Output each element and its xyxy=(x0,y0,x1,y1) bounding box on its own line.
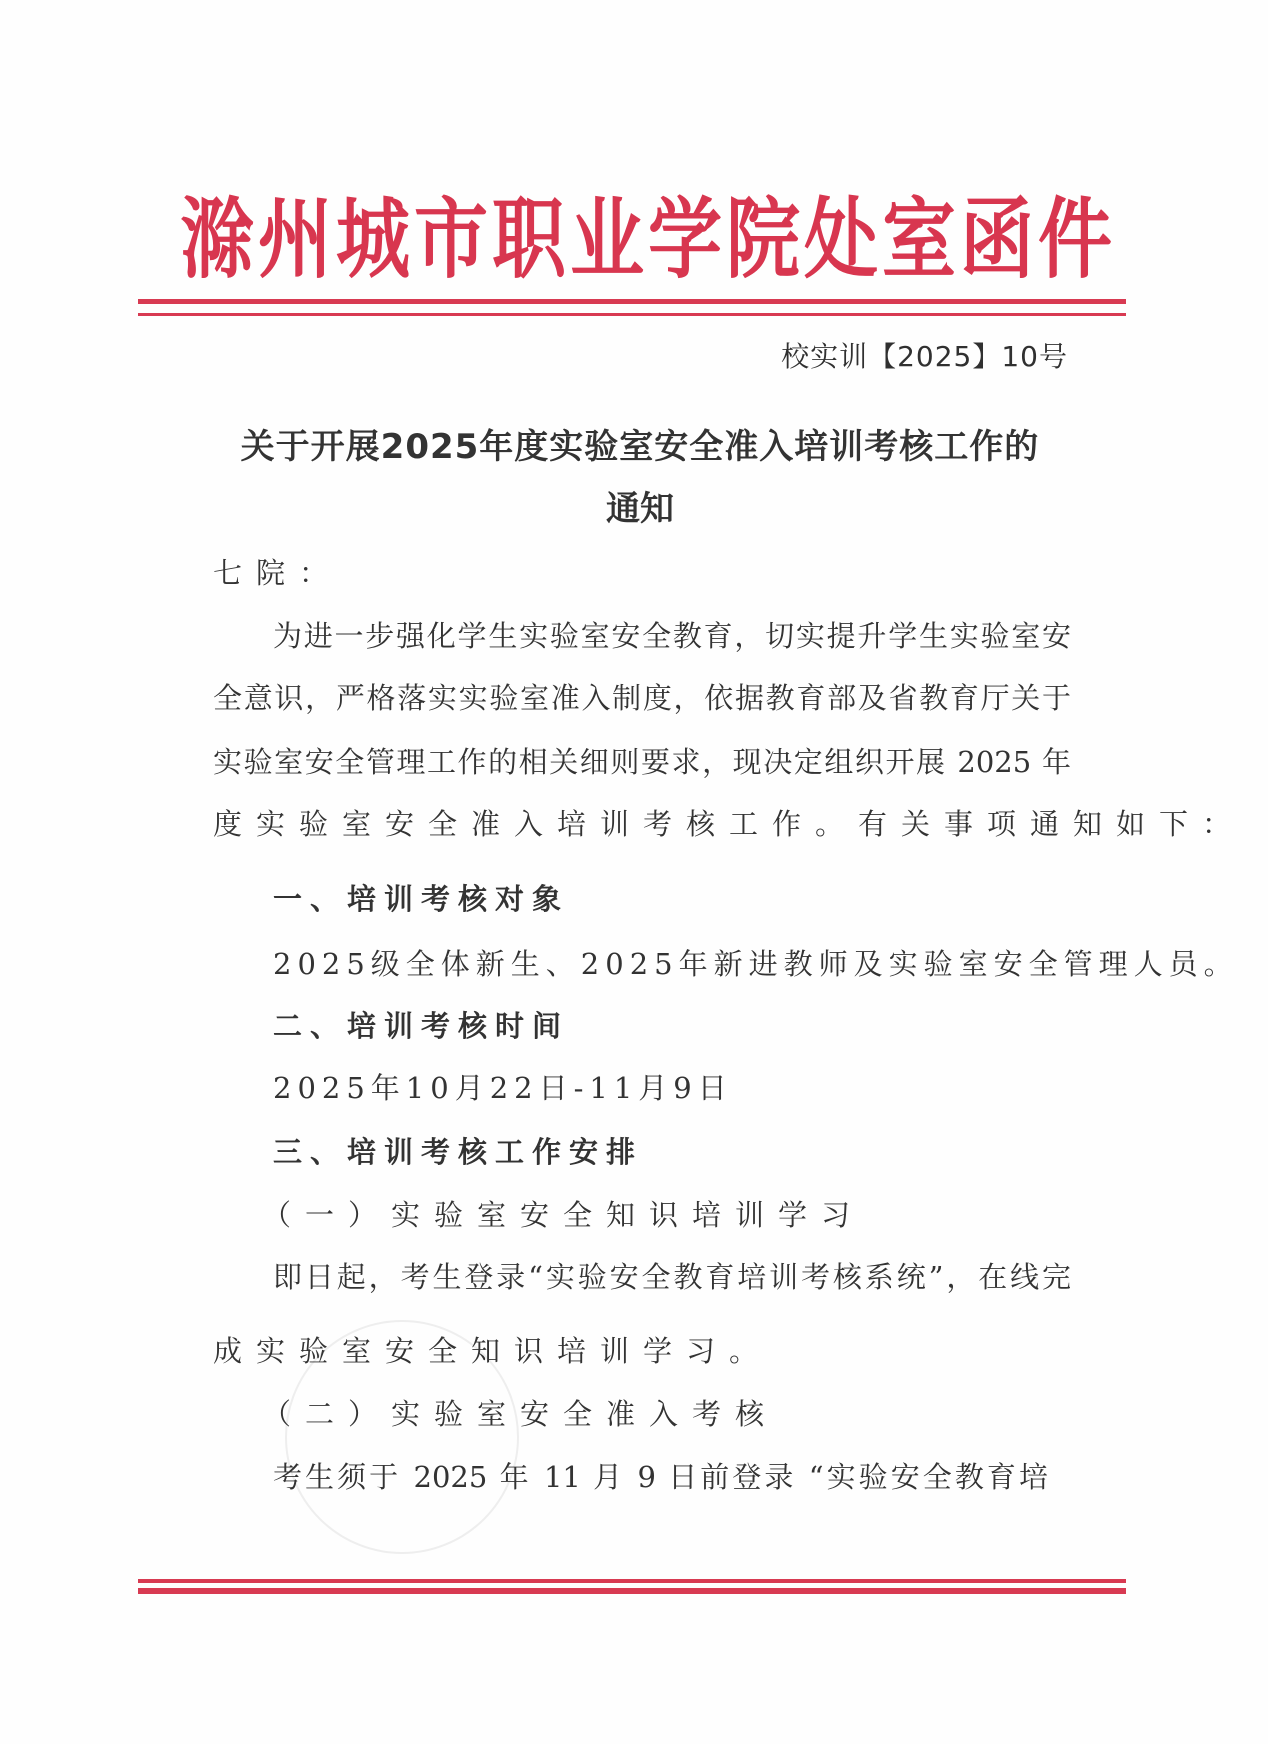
subsection-1-line-1: 即日起，考生登录“实验安全教育培训考核系统”，在线完 xyxy=(273,1255,1071,1299)
document-number: 校实训【2025】10号 xyxy=(781,340,1068,374)
subsection-2-heading: （二）实验室安全准入考核 xyxy=(262,1392,1060,1436)
notice-title-line-1: 关于开展2025年度实验室安全准入培训考核工作的 xyxy=(215,425,1065,469)
section-2-text: 2025年10月22日-11月9日 xyxy=(273,1066,1071,1110)
footer-rule-thick xyxy=(138,1588,1126,1594)
footer-rule-thin xyxy=(138,1579,1126,1583)
document-page: 滁州城市职业学院处室函件 校实训【2025】10号 关于开展2025年度实验室安… xyxy=(0,0,1268,1744)
header-rule-thick xyxy=(138,299,1126,304)
intro-line-3: 实验室安全管理工作的相关细则要求，现决定组织开展 2025 年 xyxy=(213,740,1071,784)
intro-line-1: 为进一步强化学生实验室安全教育，切实提升学生实验室安 xyxy=(273,614,1071,658)
intro-line-4: 度实验室安全准入培训考核工作。有关事项通知如下： xyxy=(213,802,1071,846)
section-2-heading: 二、培训考核时间 xyxy=(273,1004,1071,1048)
intro-line-2: 全意识，严格落实实验室准入制度，依据教育部及省教育厅关于 xyxy=(213,676,1071,720)
section-3-heading: 三、培训考核工作安排 xyxy=(273,1130,1071,1174)
salutation: 七院： xyxy=(213,551,1071,595)
notice-title-line-2: 通知 xyxy=(215,487,1065,531)
subsection-1-line-2: 成实验室安全知识培训学习。 xyxy=(213,1329,1071,1373)
subsection-2-line-1: 考生须于 2025 年 11 月 9 日前登录 “实验安全教育培 xyxy=(273,1455,1048,1499)
section-1-text: 2025级全体新生、2025年新进教师及实验室安全管理人员。 xyxy=(273,942,1071,986)
section-1-heading: 一、培训考核对象 xyxy=(273,877,1071,921)
masthead-title: 滁州城市职业学院处室函件 xyxy=(180,181,1070,299)
header-rule-thin xyxy=(138,313,1126,316)
subsection-1-heading: （一）实验室安全知识培训学习 xyxy=(262,1193,1060,1237)
